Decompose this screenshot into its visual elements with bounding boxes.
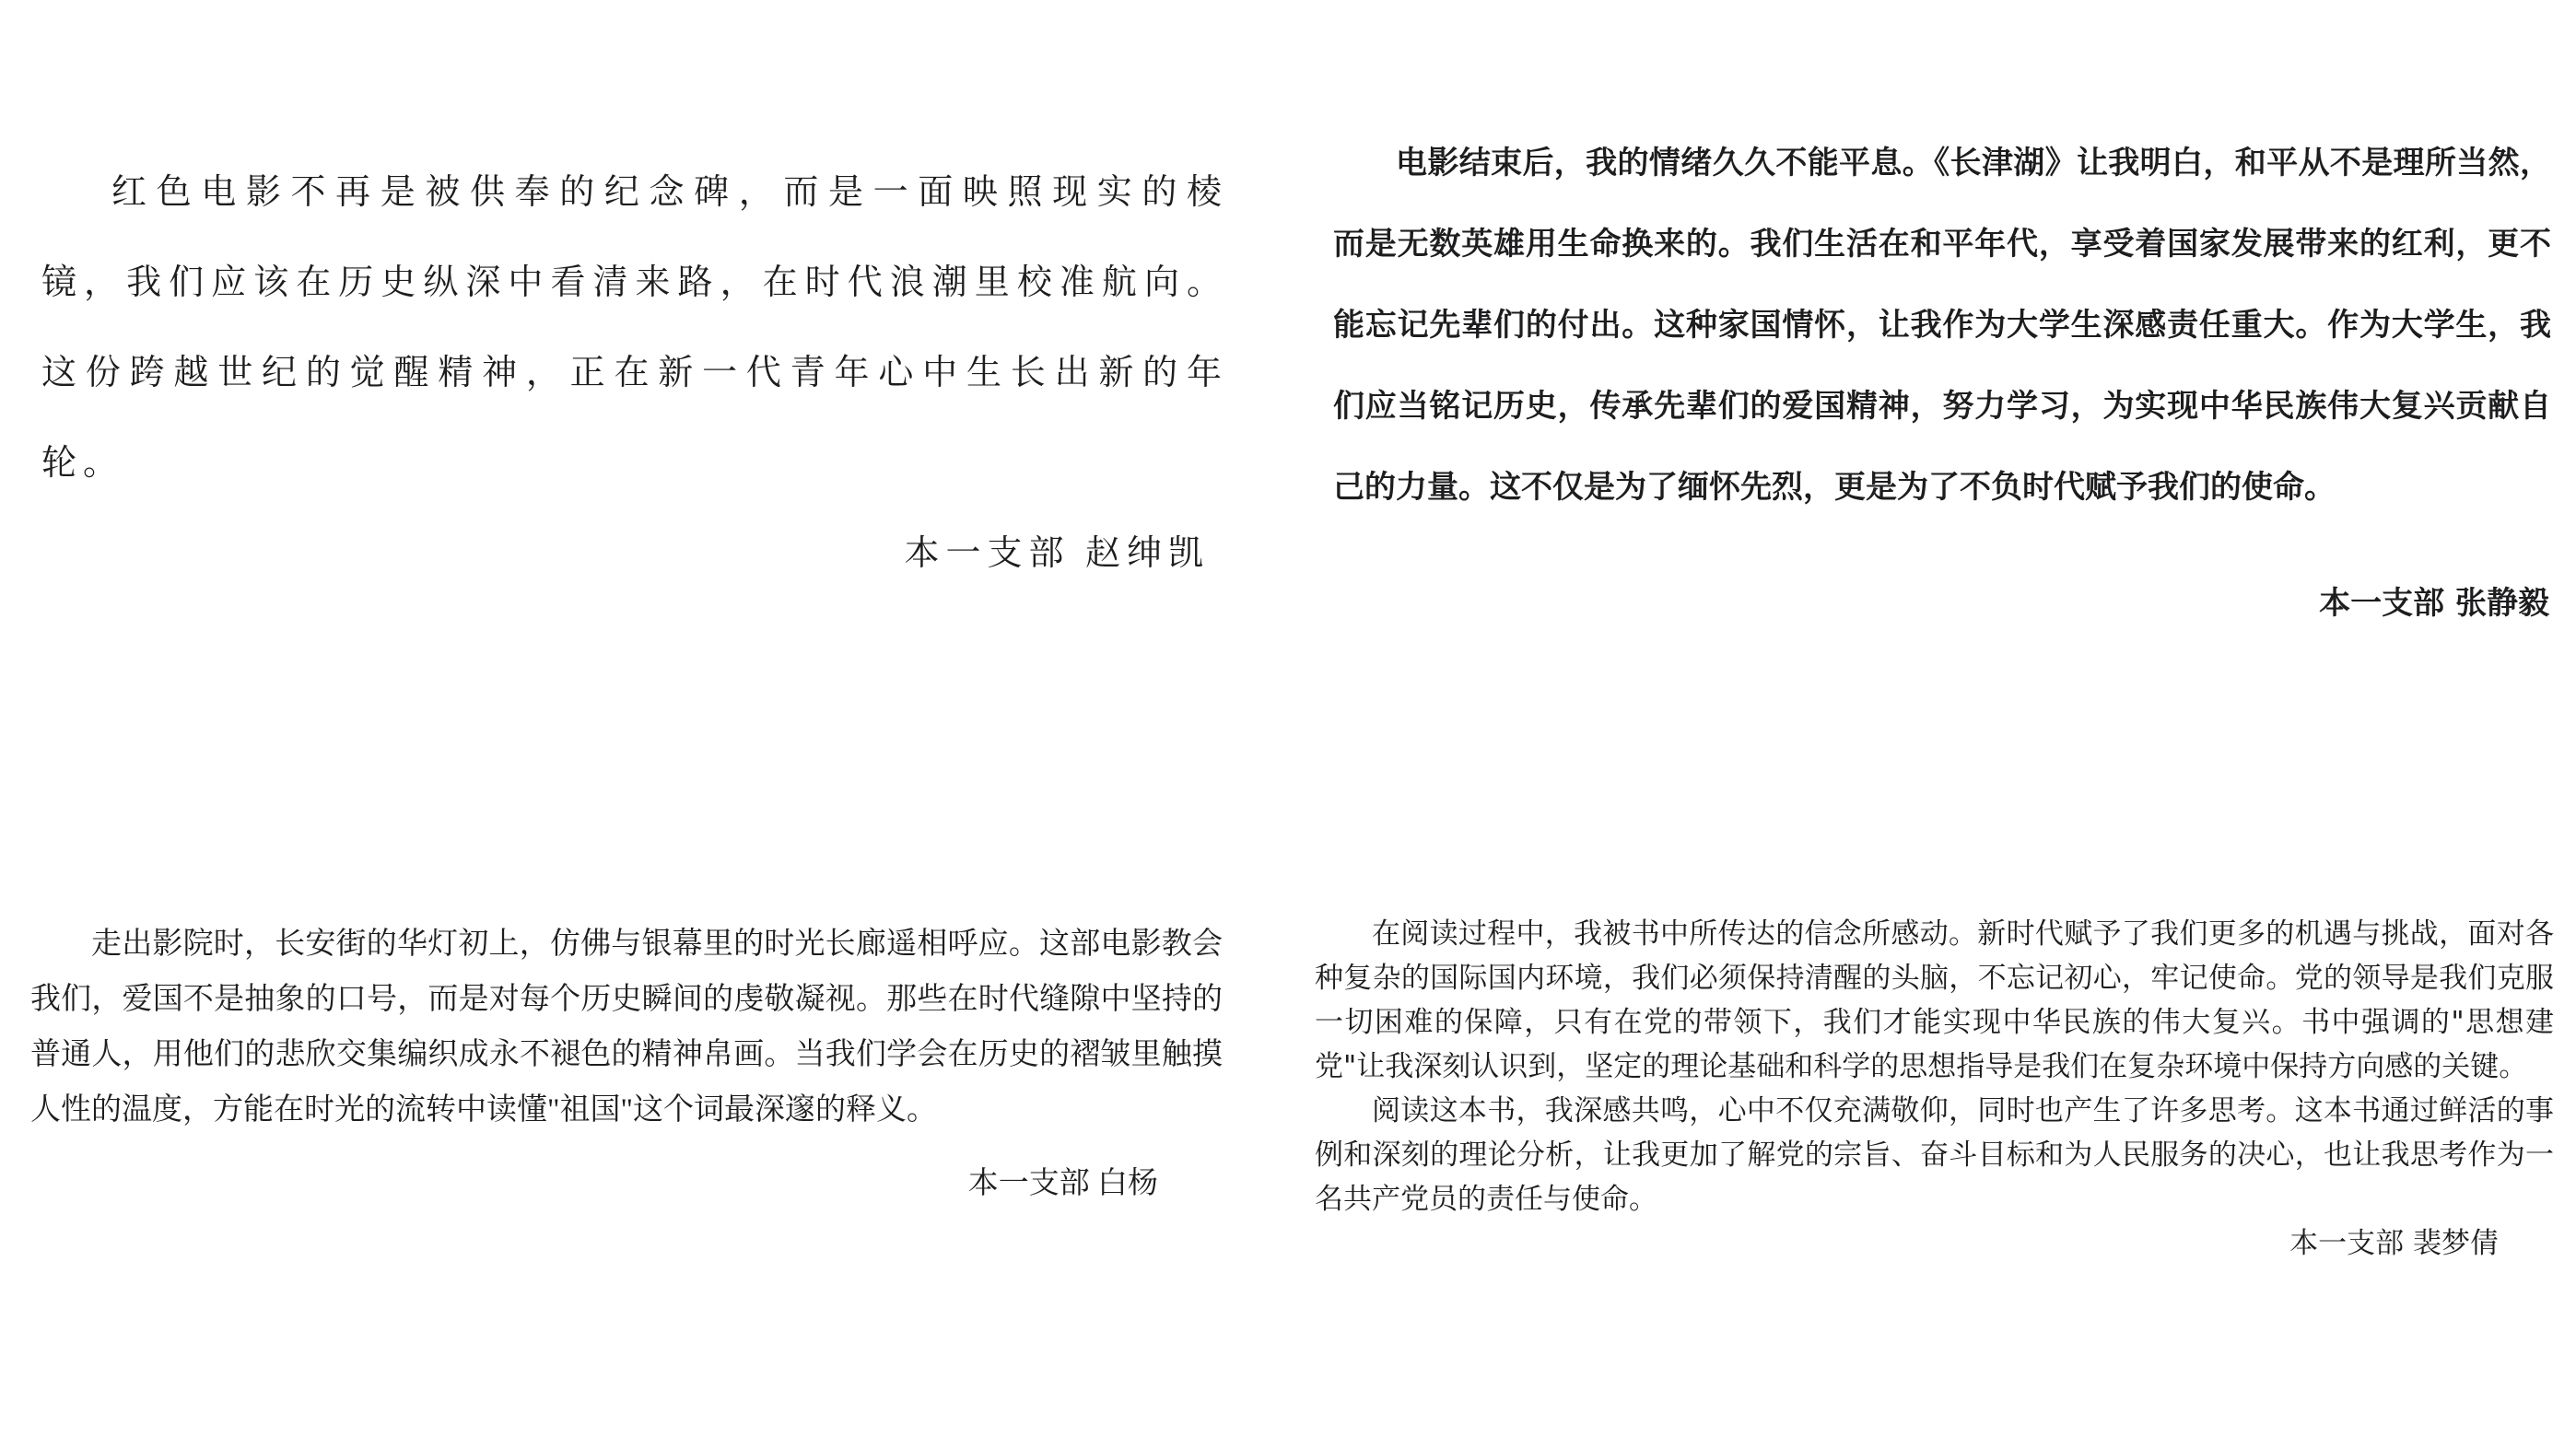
reflection-paragraph: 电影结束后，我的情绪久久不能平息。《长津湖》让我明白，和平从不是理所当然，而是无…: [1333, 123, 2551, 528]
signature: 本一支部 白杨: [30, 1156, 1223, 1211]
reflection-paragraph: 红色电影不再是被供奉的纪念碑，而是一面映照现实的棱镜，我们应该在历史纵深中看清来…: [41, 147, 1228, 508]
reflection-bottom-right: 在阅读过程中，我被书中所传达的信念所感动。新时代赋予了我们更多的机遇与挑战，面对…: [1315, 912, 2554, 1266]
reflection-bottom-left: 走出影院时，长安街的华灯初上，仿佛与银幕里的时光长廊遥相呼应。这部电影教会我们，…: [30, 917, 1223, 1211]
signature: 本一支部 赵绅凯: [41, 508, 1228, 599]
reflection-paragraph-2: 阅读这本书，我深感共鸣，心中不仅充满敬仰，同时也产生了许多思考。这本书通过鲜活的…: [1315, 1089, 2554, 1221]
signature: 本一支部 张静毅: [1333, 563, 2551, 644]
document-page: 红色电影不再是被供奉的纪念碑，而是一面映照现实的棱镜，我们应该在历史纵深中看清来…: [0, 0, 2576, 1448]
signature: 本一支部 裴梦倩: [1315, 1221, 2554, 1266]
reflection-top-left: 红色电影不再是被供奉的纪念碑，而是一面映照现实的棱镜，我们应该在历史纵深中看清来…: [41, 147, 1228, 599]
reflection-paragraph-1: 在阅读过程中，我被书中所传达的信念所感动。新时代赋予了我们更多的机遇与挑战，面对…: [1315, 912, 2554, 1089]
reflection-top-right: 电影结束后，我的情绪久久不能平息。《长津湖》让我明白，和平从不是理所当然，而是无…: [1333, 123, 2551, 644]
reflection-paragraph: 走出影院时，长安街的华灯初上，仿佛与银幕里的时光长廊遥相呼应。这部电影教会我们，…: [30, 917, 1223, 1138]
